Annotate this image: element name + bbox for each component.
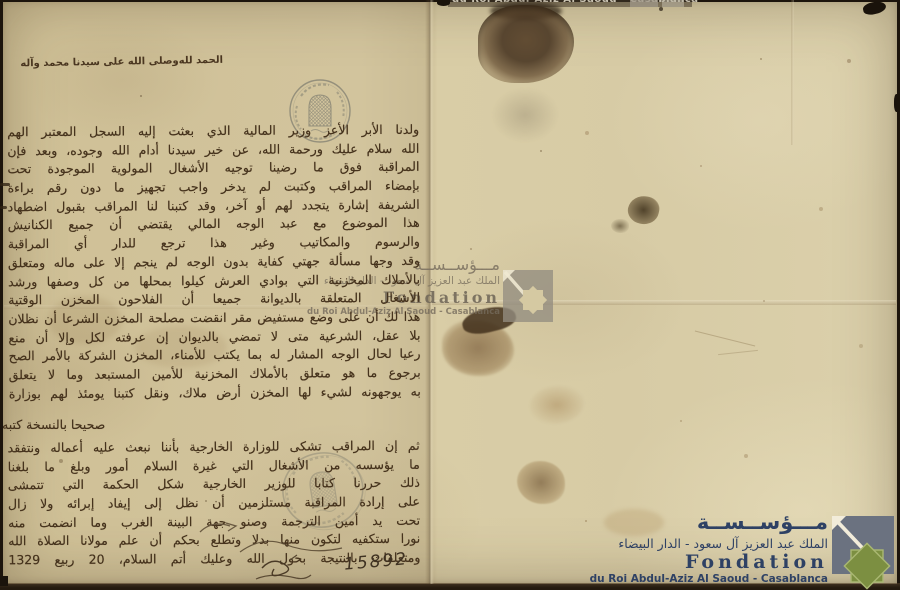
scanned-document: du Roi Abdul-Aziz Al Saoud - Casablanca (0, 0, 900, 590)
manuscript-line: الله سلام عليك ورحمة الله، عن خير سيدنا … (7, 139, 419, 160)
dark-mark (0, 576, 8, 586)
paper-specks (0, 0, 2, 2)
foundation-subtitle-arabic: الملك عبد العزيز آل سعود - الدار البيضاء (555, 535, 828, 552)
manuscript-line: والرسوم والمكاتيب وغير هذا ترجع للدار أي… (8, 233, 420, 254)
manuscript-line: ولدنا الأبر الأعز وزير المالية الذي بعثت… (7, 121, 419, 142)
foundation-name-french: Fondation (555, 552, 828, 573)
manuscript-body-block-1: ولدنا الأبر الأعز وزير المالية الذي بعثت… (7, 121, 421, 404)
manuscript-line: بإمضاء المراقب وكتبت لم يدخر واجب تجهيز … (7, 177, 419, 198)
manuscript-line: برجوع ما هو متعلق بالأملاك المخزنية للأم… (9, 364, 421, 385)
manuscript-line: ذلك حررنا كتابا للوزير الخارجية شكل الحك… (8, 474, 420, 495)
eight-point-star-icon (519, 286, 547, 314)
signature-flourish (232, 534, 350, 586)
manuscript-line: المراقبة فوق ما رضينا توجيه الأشغال المو… (7, 158, 419, 179)
margin-ink-mark (0, 206, 7, 209)
manuscript-line: بلا عقل، الشرعية متى لا تمضي بالديوان إن… (8, 326, 420, 347)
logo-slash (834, 518, 870, 556)
watermark-logo-fragment (662, 0, 684, 7)
manuscript-body-block-2: ثم إن المراقب تشكى للوزارة الخارجية بأنن… (8, 437, 421, 570)
watermark-logo-fragment (630, 0, 658, 7)
horizontal-crease (432, 300, 896, 305)
foundation-logo-square (832, 516, 894, 574)
page-fold-gutter (425, 0, 434, 584)
manuscript-line: ما يؤسسه من الأشغال التي غيرة السلام أمو… (8, 455, 420, 476)
foundation-subtitle-french: du Roi Abdul-Aziz Al Saoud - Casablanca (555, 573, 828, 586)
manuscript-line: به يوجهونه لشيء لها المخزن أرض ملاك، ونق… (9, 382, 421, 403)
manuscript-line: هذا لك أن على وضع مستفيض مقر انقضت مصلحة… (8, 308, 420, 329)
manuscript-line: ثم إن المراقب تشكى للوزارة الخارجية بأنن… (8, 437, 420, 458)
dark-mark (437, 0, 450, 6)
header-hamdala: الحمد لله (179, 55, 223, 67)
manuscript-line: وقد وجها مسألة جهتي كفاية بدون الوجه لم … (8, 252, 420, 273)
manuscript-block1-tail: صحيحا بالنسخة كتبه (2, 417, 105, 432)
water-stain (517, 461, 565, 504)
scan-edge-left (0, 0, 3, 590)
manuscript-line: الشريفة إشارة يتجدد لهم أو آخر، وقد كتبن… (8, 195, 420, 216)
logo-slash-and-star (503, 270, 553, 322)
ink-stain (611, 219, 629, 233)
manuscript-line: بالأملاك المخزنية التي بوادي العرش كيلوا… (8, 270, 420, 291)
manuscript-line: الأشغال المتعلقة بالديوانة جميعا أن الفل… (8, 289, 420, 310)
foundation-logo-square-watermark (503, 270, 553, 322)
manuscript-line: رعيا لحال الوجه المشار له بما يكتب للأمن… (9, 345, 421, 366)
vertical-crease (791, 0, 794, 145)
manuscript-line: هذا الموضوع مع عبد الوجه المالي يقتضي أن… (8, 214, 420, 235)
foundation-name-arabic: مـــؤســســة (555, 510, 828, 535)
foundation-logo-bottom: مـــؤســســة الملك عبد العزيز آل سعود - … (555, 510, 828, 586)
manuscript-line: على إرادة المراقبة مستلزمين أن نظل إلى إ… (8, 493, 420, 514)
dark-mark (894, 94, 900, 112)
